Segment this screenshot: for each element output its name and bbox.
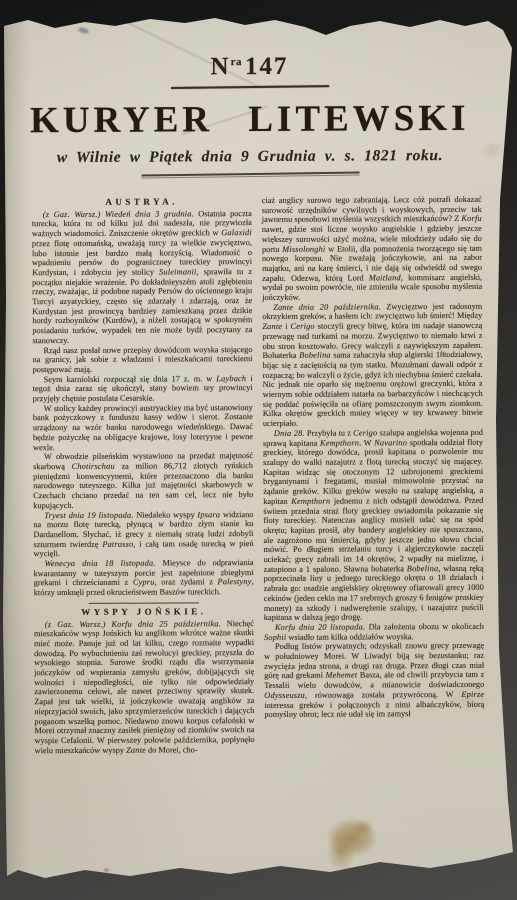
paragraph: (z Gaz. Warsz.) Wiedeń dnia 3 grudnia. O…	[32, 209, 253, 346]
left-column: AUSTRYA.(z Gaz. Warsz.) Wiedeń dnia 3 gr…	[32, 196, 255, 756]
dateline: w Wilnie w Piątek dnia 9 Grudnia v. s. 1…	[0, 147, 502, 168]
masthead: Nra147 KURYER LITEWSKI w Wilnie w Piątek…	[0, 0, 502, 178]
paragraph: Podług listów prywatnych; odzyskali znow…	[264, 641, 484, 720]
issue-number: Nra147	[0, 53, 501, 81]
paragraph: W stolicy każdey prowincyi austryackiey …	[33, 403, 253, 453]
masthead-rule	[171, 85, 329, 89]
paragraph: Zante dnia 20 października. Zwycięztwo j…	[262, 302, 483, 429]
paragraph: ciaż anglicy surowo tego zabraniają. Lec…	[262, 195, 483, 303]
paragraph: Rząd nasz posłał nowe przepisy dowódcom …	[32, 345, 252, 375]
issue-prefix: N	[210, 53, 230, 80]
paragraph: Tryest dnia 19 listopada. Niedaleko wysp…	[33, 510, 253, 560]
issue-superscript: ra	[231, 56, 242, 68]
paragraph: Korfu dnia 20 listopada. Dla założenia o…	[264, 622, 484, 643]
right-column: ciaż anglicy surowo tego zabraniają. Lec…	[262, 195, 485, 720]
scan-background: Nra147 KURYER LITEWSKI w Wilnie w Piątek…	[0, 0, 517, 900]
section-heading: WYSPY JOŃSKIE.	[34, 607, 254, 618]
section-heading: AUSTRYA.	[32, 197, 252, 208]
section-divider	[89, 602, 199, 604]
paragraph: Dnia 28. Przybyła tu z Cerigo szalupa an…	[263, 428, 484, 623]
paragraph: Seym karniolski rozpoczął się dnia 17 z.…	[33, 374, 253, 404]
newspaper-page: Nra147 KURYER LITEWSKI w Wilnie w Piątek…	[0, 0, 517, 900]
issue-value: 147	[245, 53, 289, 80]
dateline-rule	[141, 171, 359, 178]
page-content: Nra147 KURYER LITEWSKI w Wilnie w Piątek…	[0, 0, 517, 900]
newspaper-title: KURYER LITEWSKI	[0, 100, 501, 141]
paragraph: W obwodzie pilseńskim wystawiono na prze…	[33, 451, 253, 510]
paragraph: Wenecya dnia 18 listopada. Mieysce do od…	[34, 558, 254, 598]
paragraph: (z Gaz. Warsz.) Korfu dnia 25 październi…	[34, 619, 255, 756]
